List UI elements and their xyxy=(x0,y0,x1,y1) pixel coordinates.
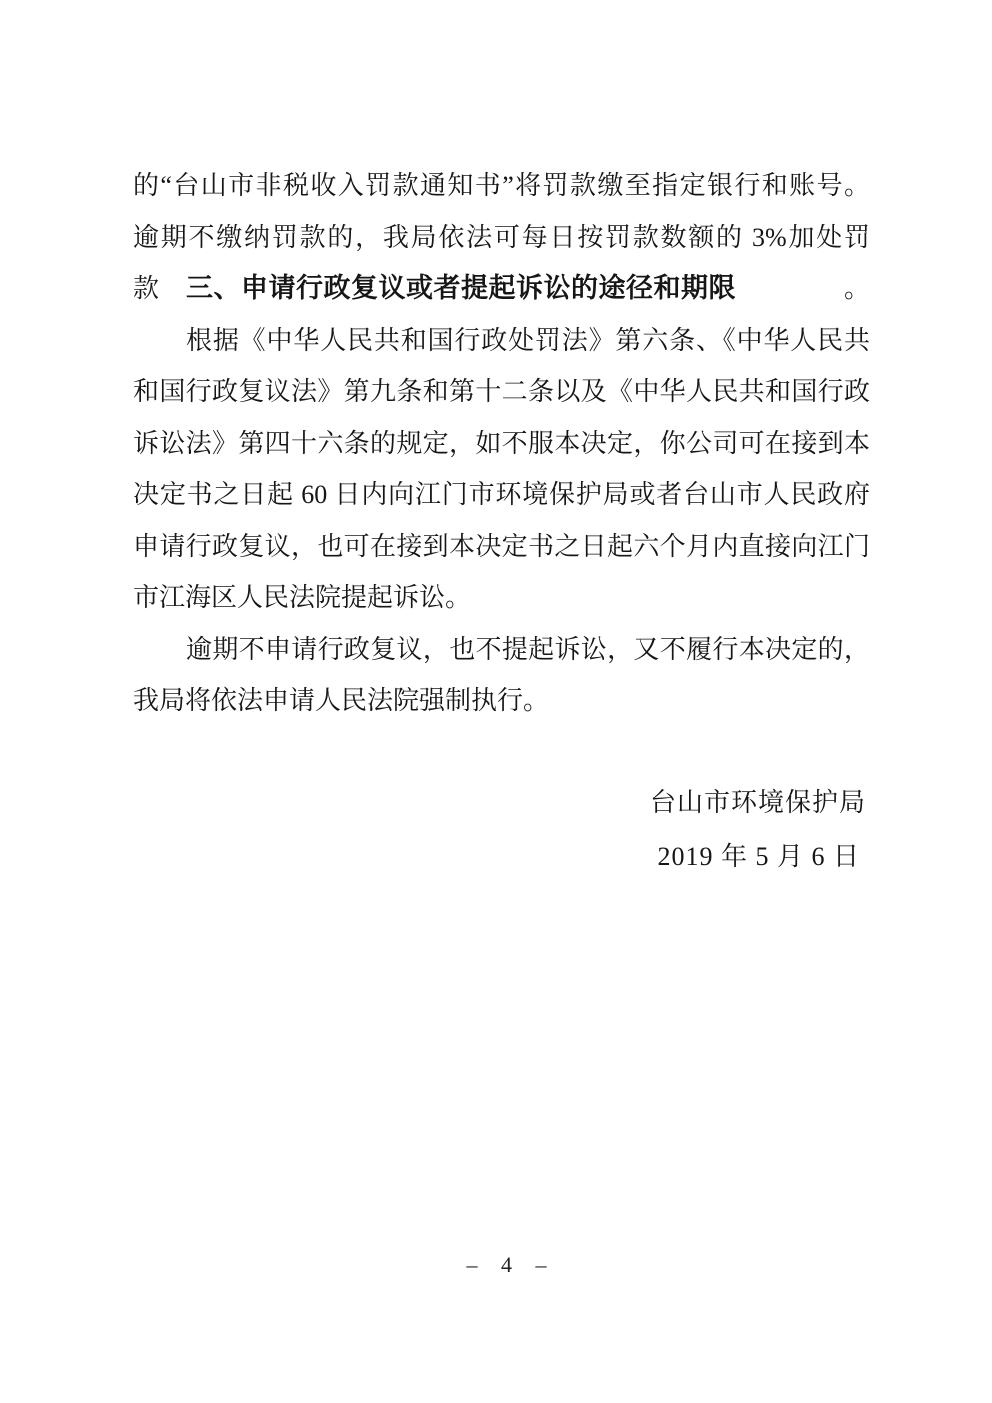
body-line: 诉讼法》第四十六条的规定，如不服本决定，你公司可在接到本 xyxy=(133,418,870,470)
signature-block: 台山市环境保护局 2019 年 5 月 6 日 xyxy=(650,786,866,874)
page-number: – 4 – xyxy=(467,1252,556,1277)
document-body: 的“台山市非税收入罚款通知书”将罚款缴至指定银行和账号。 逾期不缴纳罚款的，我局… xyxy=(133,160,870,727)
body-line: 根据《中华人民共和国行政处罚法》第六条、《中华人民共 xyxy=(133,315,870,367)
body-line: 逾期不申请行政复议，也不提起诉讼，又不履行本决定的， xyxy=(133,624,870,676)
body-line: 决定书之日起 60 日内向江门市环境保护局或者台山市人民政府 xyxy=(133,469,870,521)
body-line: 的“台山市非税收入罚款通知书”将罚款缴至指定银行和账号。 xyxy=(133,160,870,212)
document-page: 的“台山市非税收入罚款通知书”将罚款缴至指定银行和账号。 逾期不缴纳罚款的，我局… xyxy=(0,0,992,1403)
page-footer: – 4 – xyxy=(0,1252,992,1278)
body-line: 市江海区人民法院提起诉讼。 xyxy=(133,572,870,624)
body-line: 和国行政复议法》第九条和第十二条以及《中华人民共和国行政 xyxy=(133,366,870,418)
signature-organization: 台山市环境保护局 xyxy=(650,786,866,820)
body-line: 申请行政复议，也可在接到本决定书之日起六个月内直接向江门 xyxy=(133,521,870,573)
body-line: 我局将依法申请人民法院强制执行。 xyxy=(133,675,870,727)
body-line: 逾期不缴纳罚款的，我局依法可每日按罚款数额的 3%加处罚款。 xyxy=(133,212,870,264)
signature-date: 2019 年 5 月 6 日 xyxy=(650,840,866,874)
